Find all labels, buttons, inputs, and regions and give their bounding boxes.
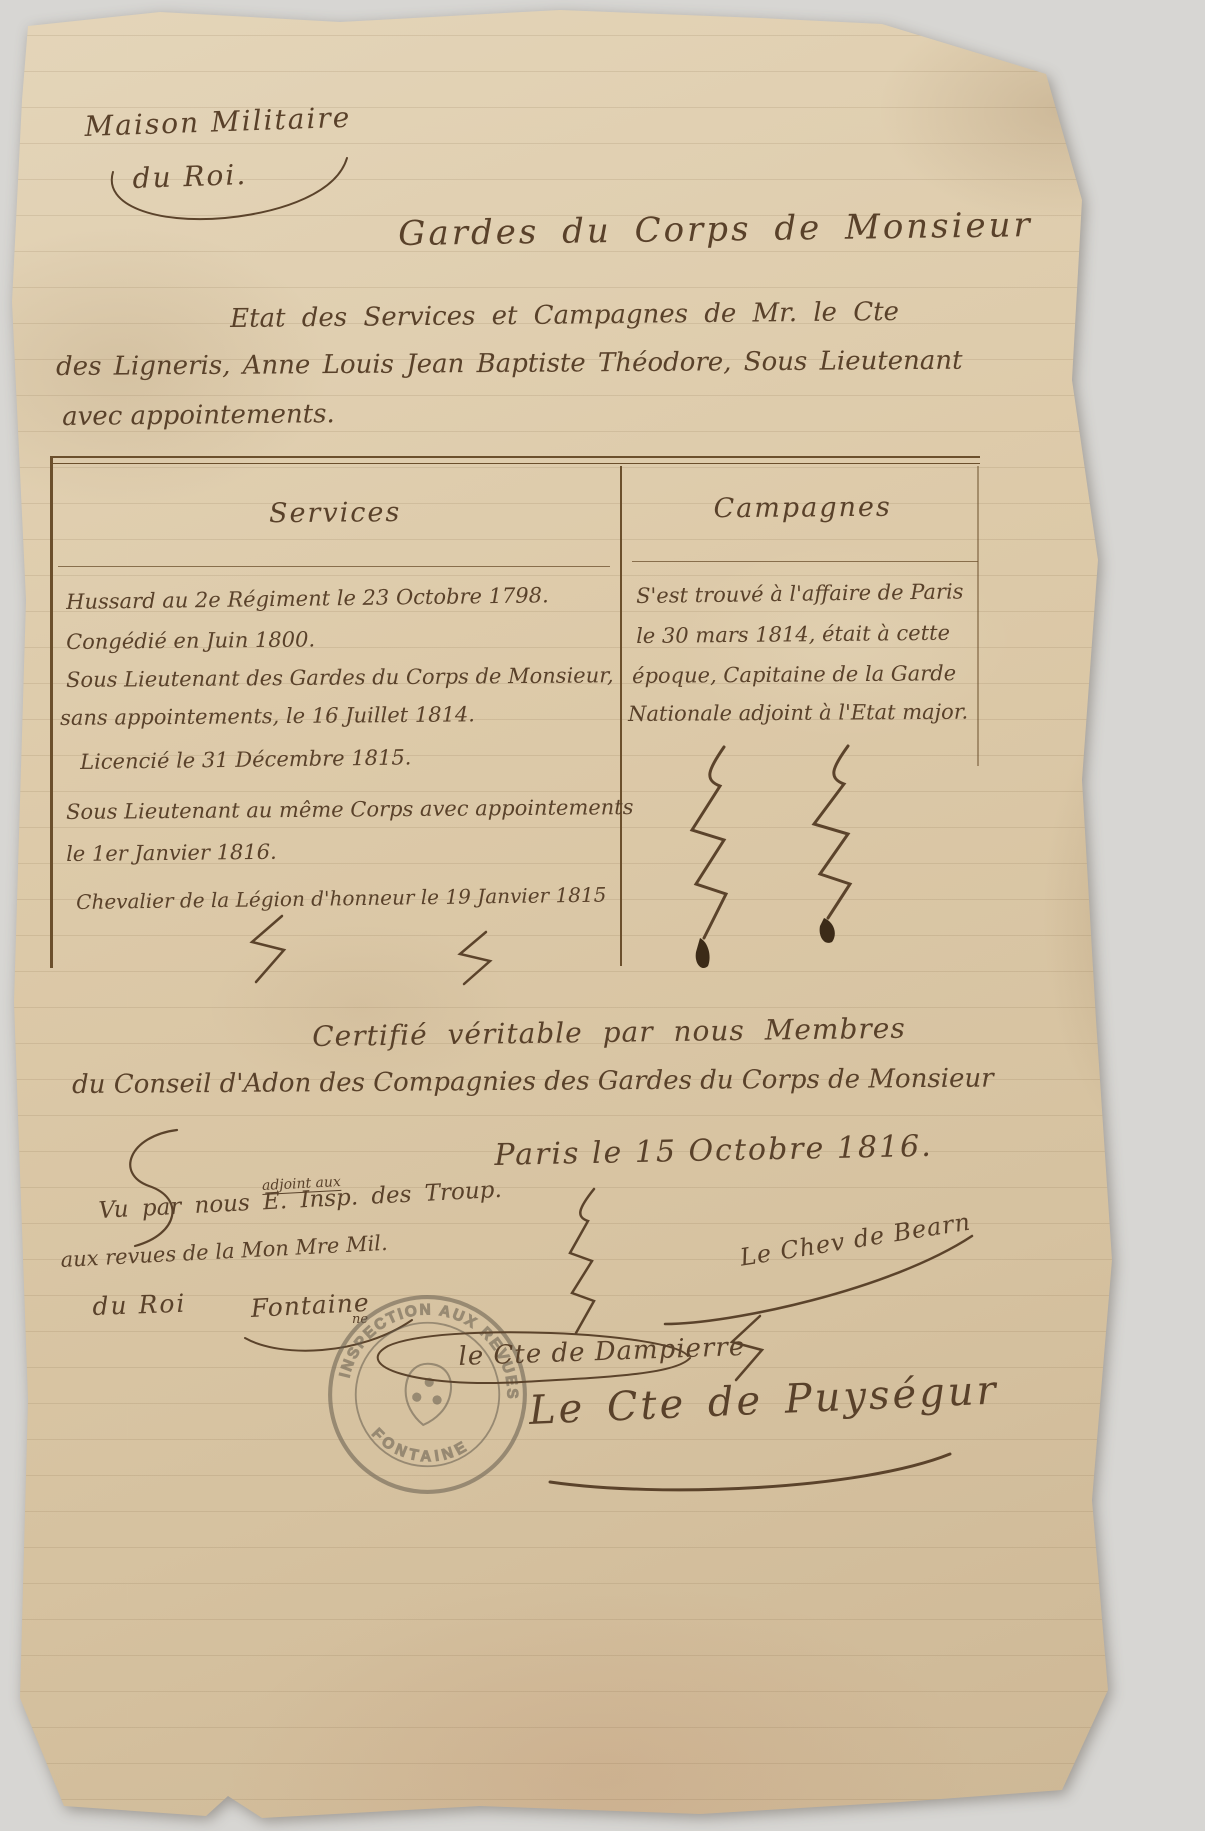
service-entry: Hussard au 2e Régiment le 23 Octobre 179…	[66, 583, 549, 614]
table-border-right	[977, 466, 979, 766]
service-entry: Chevalier de la Légion d'honneur le 19 J…	[76, 883, 607, 914]
intro-line2: des Ligneris, Anne Louis Jean Baptiste T…	[56, 346, 963, 382]
column-header-services: Services	[60, 495, 610, 531]
ruled-lines	[0, 0, 1205, 1831]
intro-line1: Etat des Services et Campagnes de Mr. le…	[230, 297, 899, 334]
svg-text:FONTAINE: FONTAINE	[365, 1424, 474, 1472]
document-photo: Maison Militaire du Roi. Gardes du Corps…	[0, 0, 1205, 1831]
service-entry: Licencié le 31 Décembre 1815.	[80, 745, 412, 774]
campagne-entry: époque, Capitaine de la Garde	[632, 661, 956, 688]
page-title: Gardes du Corps de Monsieur	[398, 205, 1033, 254]
campagne-entry: Nationale adjoint à l'Etat major.	[628, 700, 968, 726]
service-entry: le 1er Janvier 1816.	[66, 840, 277, 866]
corner-flourish	[95, 150, 355, 240]
service-entry: Sous Lieutenant au même Corps avec appoi…	[66, 795, 634, 824]
certification-line2: du Conseil d'Adon des Compagnies des Gar…	[72, 1064, 994, 1100]
closure-squiggle	[450, 928, 500, 988]
signature-swoosh	[660, 1228, 980, 1328]
table-border-top-outer	[50, 456, 980, 458]
table-column-divider	[620, 466, 622, 966]
table-header-rule-left	[58, 566, 610, 567]
service-entry: sans appointements, le 16 Juillet 1814.	[60, 702, 475, 730]
certification-line1: Certifié véritable par nous Membres	[312, 1012, 906, 1053]
table-header-rule-right	[632, 561, 978, 562]
column-header-campagnes: Campagnes	[630, 491, 975, 525]
stamp-bottom-text: FONTAINE	[365, 1424, 474, 1472]
campagne-entry: le 30 mars 1814, était à cette	[636, 621, 950, 648]
intro-line3: avec appointements.	[62, 399, 335, 432]
closure-squiggle-tall	[678, 742, 748, 972]
corner-note-line1: Maison Militaire	[84, 101, 352, 143]
closure-squiggle	[240, 912, 300, 987]
certification-dateline: Paris le 15 Octobre 1816.	[494, 1129, 933, 1173]
service-entry: Sous Lieutenant des Gardes du Corps de M…	[66, 663, 614, 692]
ornamental-flourish	[95, 1122, 205, 1252]
signature-underline	[540, 1440, 960, 1500]
closure-squiggle-tall	[798, 742, 873, 947]
service-entry: Congédié en Juin 1800.	[66, 627, 315, 654]
table-border-left	[50, 456, 53, 968]
paper-sheet: Maison Militaire du Roi. Gardes du Corps…	[0, 0, 1205, 1831]
review-note-line3: du Roi	[92, 1289, 187, 1321]
campagne-entry: S'est trouvé à l'affaire de Paris	[636, 579, 964, 608]
closure-squiggle-center	[558, 1185, 613, 1340]
table-border-top-inner	[50, 463, 980, 464]
